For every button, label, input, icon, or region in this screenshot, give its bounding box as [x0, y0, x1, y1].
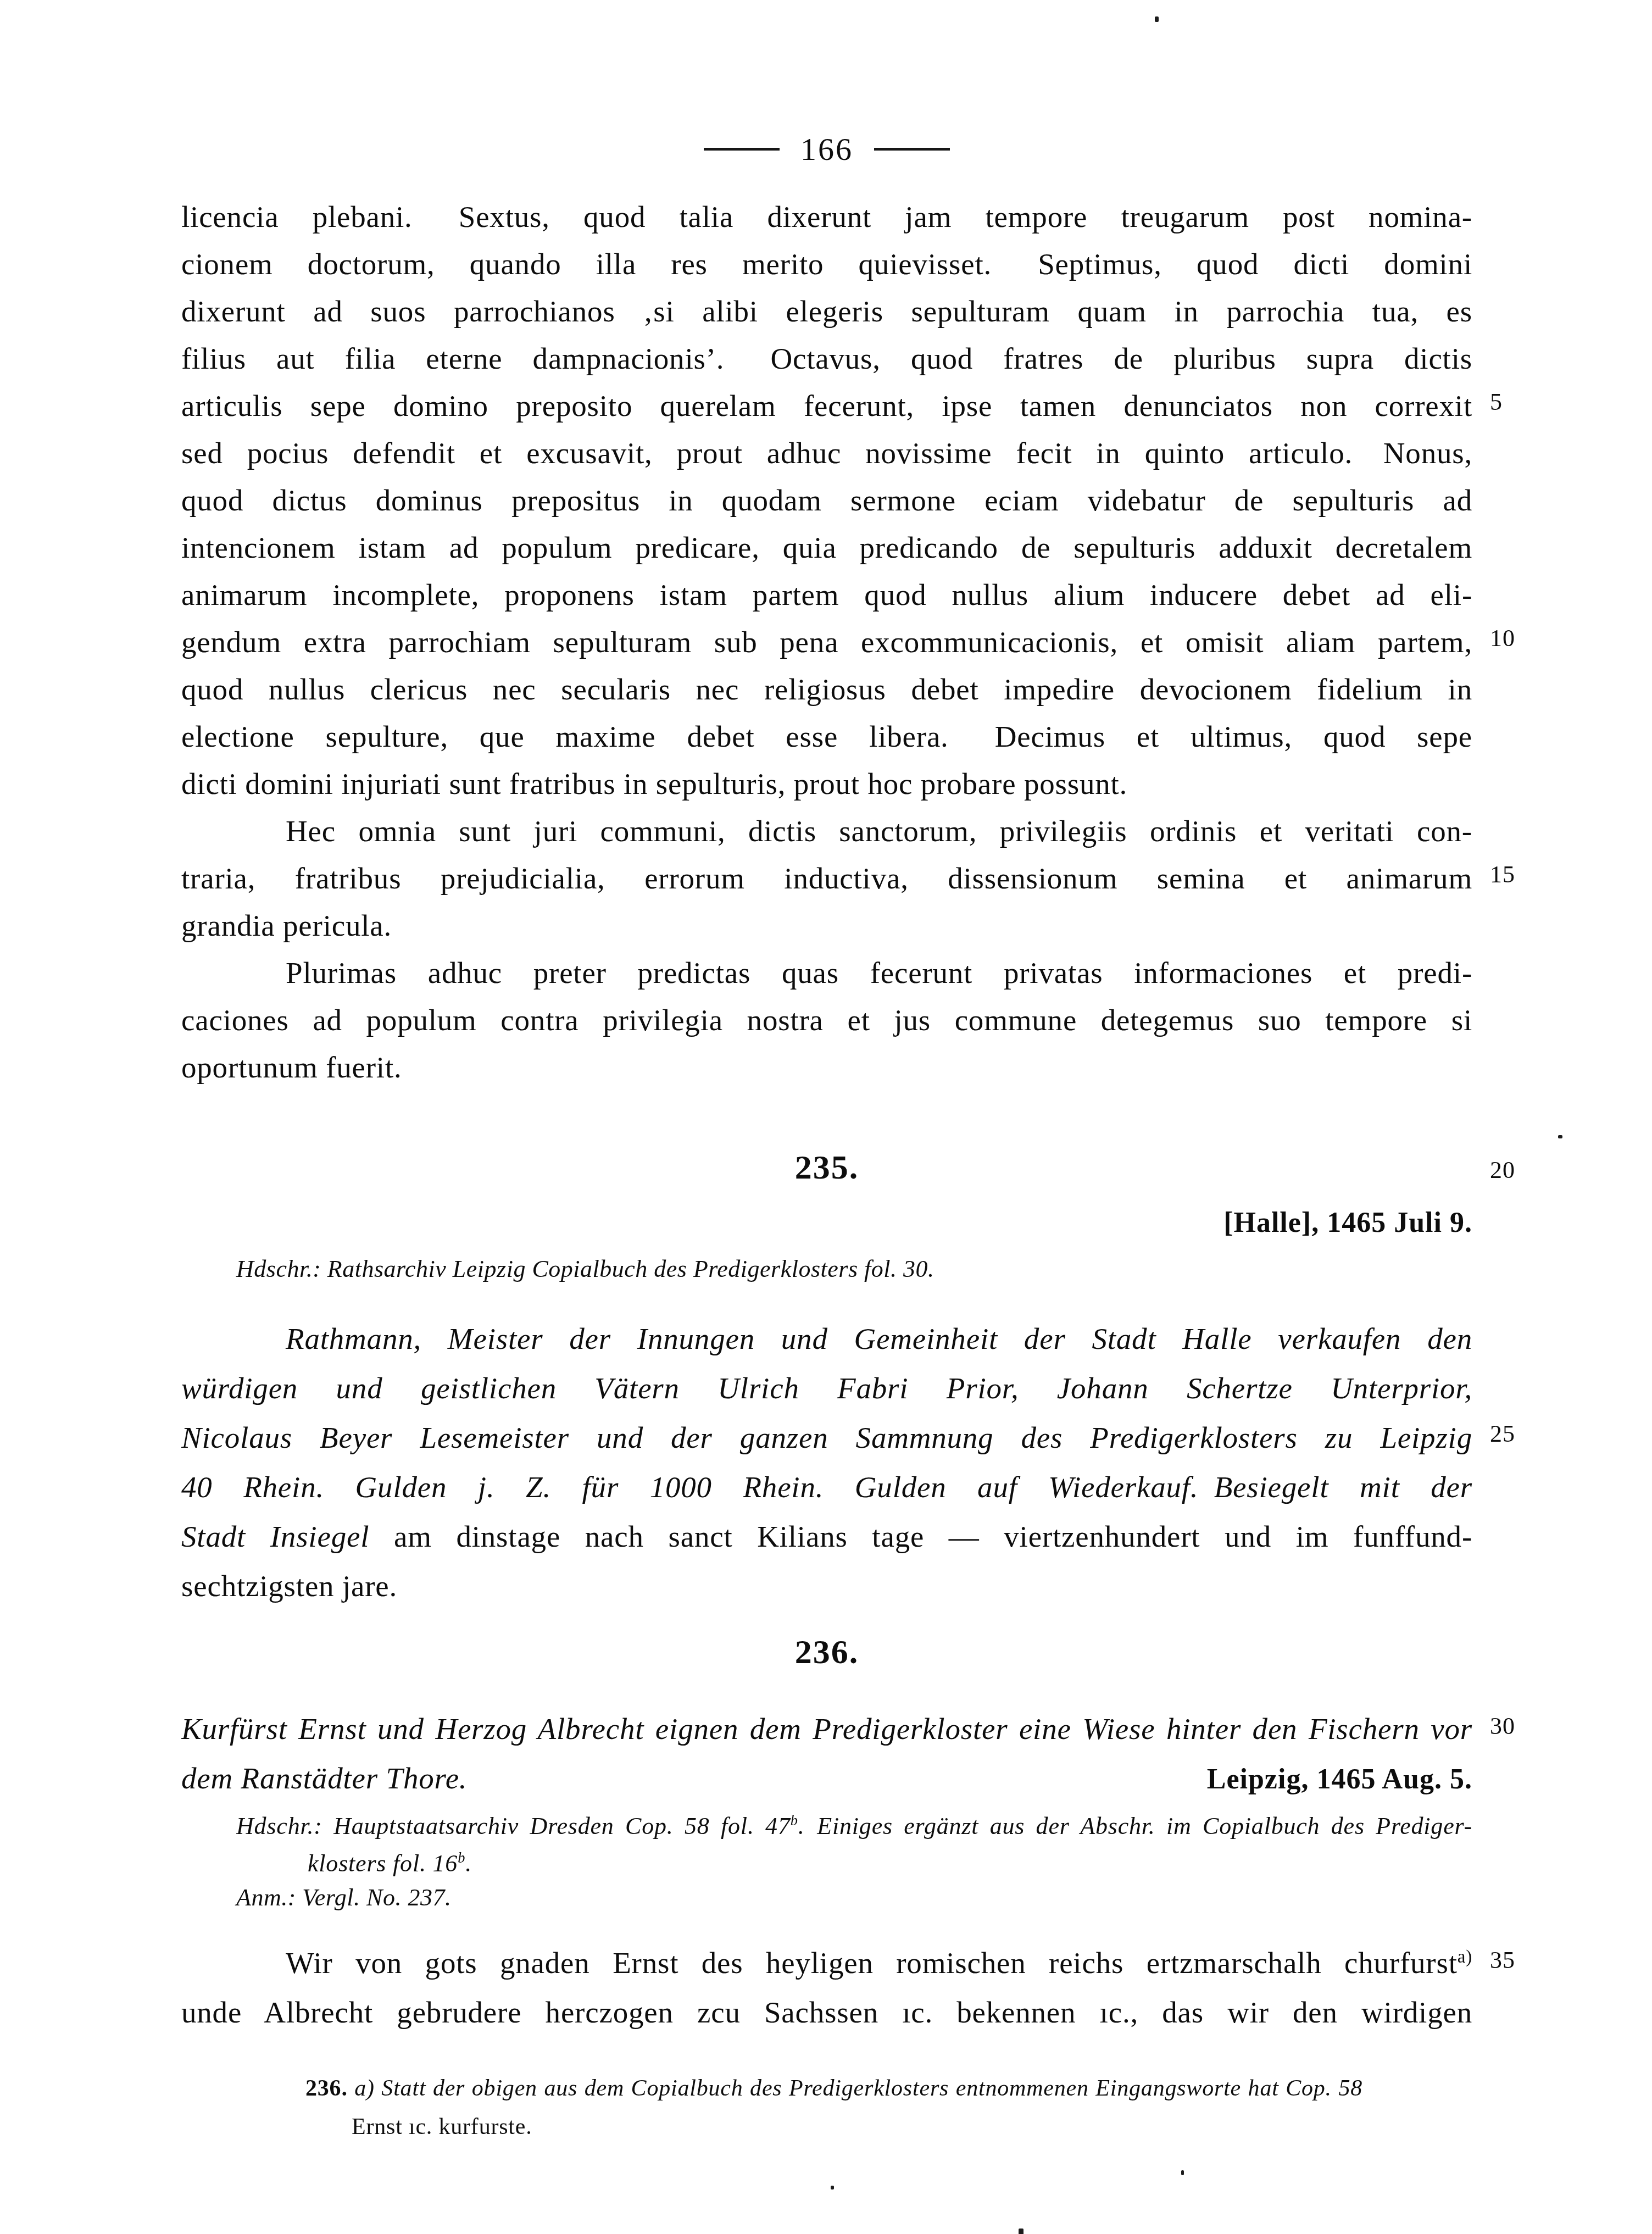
doc-236-anm: Anm.: Vergl. No. 237. — [236, 1883, 1472, 1911]
margin-line-number-20: 20 — [1490, 1156, 1539, 1184]
text-line: dicti domini injuriati sunt fratribus in… — [181, 760, 1472, 808]
page-number: 166 — [800, 131, 853, 168]
margin-line-number-5: 5 — [1490, 388, 1539, 416]
text-line: cionem doctorum, quando illa res merito … — [181, 241, 1472, 288]
text-line: Stadt Insiegel am dinstage nach sanct Ki… — [181, 1512, 1472, 1561]
text-line: animarum incomplete, proponens istam par… — [181, 571, 1472, 619]
doc-236-summary-last-row: dem Ranstädter Thore. Leipzig, 1465 Aug.… — [181, 1754, 1472, 1803]
text-line: gendum extra parrochiam sepulturam sub p… — [181, 619, 1472, 666]
text-line: dixerunt ad suos parrochianos ‚si alibi … — [181, 288, 1472, 335]
doc-235-date: [Halle], 1465 Juli 9. — [181, 1207, 1472, 1239]
text-segment: Stadt Insiegel — [181, 1520, 394, 1553]
text-segment: a) Statt der obigen aus dem Copialbuch d… — [354, 2076, 1362, 2101]
doc-236-number: 236. — [181, 1633, 1472, 1672]
text-segment: . — [465, 1850, 472, 1877]
text-line: sechtzigsten jare. — [181, 1561, 1472, 1611]
header-rule-right — [874, 148, 950, 151]
text-line: Ernst ıc. kurfurste. — [305, 2108, 1362, 2146]
text-line: caciones ad populum contra privilegia no… — [181, 997, 1472, 1044]
doc-236-summary-end: dem Ranstädter Thore. — [181, 1754, 467, 1803]
doc-236-source: Hdschr.: Hauptstaatsarchiv Dresden Cop. … — [236, 1808, 1472, 1882]
text-line: quod dictus dominus prepositus in quodam… — [181, 477, 1472, 524]
margin-line-number-15: 15 — [1490, 860, 1539, 888]
body-paragraph-2: Hec omnia sunt juri communi, dictis sanc… — [181, 808, 1472, 949]
text-line: 236. a) Statt der obigen aus dem Copialb… — [305, 2069, 1362, 2108]
text-line: unde Albrecht gebrudere herczogen zcu Sa… — [181, 1988, 1472, 2037]
margin-line-number-10: 10 — [1490, 624, 1539, 652]
text-line: intencionem istam ad populum predicare, … — [181, 524, 1472, 571]
text-line: oportunum fuerit. — [181, 1044, 1472, 1091]
text-line: Nicolaus Beyer Lesemeister und der ganze… — [181, 1413, 1472, 1463]
margin-line-number-30: 30 — [1490, 1712, 1539, 1740]
text-line: articulis sepe domino preposito querelam… — [181, 382, 1472, 430]
text-line: klosters fol. 16b. — [236, 1845, 1472, 1882]
text-segment: Ernst ıc. kurfurste. — [352, 2114, 532, 2139]
margin-line-number-25: 25 — [1490, 1420, 1539, 1448]
text-segment: b — [458, 1849, 465, 1866]
text-line: filius aut filia eterne dampnacionis’. O… — [181, 335, 1472, 382]
text-line: Hdschr.: Hauptstaatsarchiv Dresden Cop. … — [236, 1808, 1472, 1845]
scan-speck — [1155, 16, 1159, 22]
text-line: Rathmann, Meister der Innungen und Gemei… — [181, 1314, 1472, 1364]
text-segment: . Einiges ergänzt aus der Abschr. im Cop… — [798, 1813, 1472, 1840]
text-line: Plurimas adhuc preter predictas quas fec… — [181, 949, 1472, 997]
body-paragraph-3: Plurimas adhuc preter predictas quas fec… — [181, 949, 1472, 1091]
doc-236-summary: Kurfürst Ernst und Herzog Albrecht eigne… — [181, 1704, 1472, 1754]
text-segment: Hdschr.: Hauptstaatsarchiv Dresden Cop. … — [236, 1813, 791, 1840]
doc-235-number: 235. — [181, 1148, 1472, 1187]
text-line: Kurfürst Ernst und Herzog Albrecht eigne… — [181, 1704, 1472, 1754]
text-segment: 236. — [305, 2076, 354, 2101]
scan-speck — [831, 2186, 834, 2189]
text-segment: Wir von gots gnaden Ernst des heyligen r… — [286, 1946, 1458, 1980]
text-line: Hec omnia sunt juri communi, dictis sanc… — [181, 808, 1472, 855]
doc-235-summary: Rathmann, Meister der Innungen und Gemei… — [181, 1314, 1472, 1611]
scan-speck — [1019, 2229, 1024, 2234]
text-line: electione sepulture, que maxime debet es… — [181, 713, 1472, 760]
doc-236-text: Wir von gots gnaden Ernst des heyligen r… — [181, 1938, 1472, 2037]
header-rule-left — [704, 148, 780, 151]
footnote-236: 236. a) Statt der obigen aus dem Copialb… — [305, 2069, 1362, 2146]
book-page: 166 licencia plebani. Sextus, quod talia… — [0, 0, 1652, 2234]
text-line: 40 Rhein. Gulden j. Z. für 1000 Rhein. G… — [181, 1463, 1472, 1512]
text-segment: klosters fol. 16 — [308, 1850, 458, 1877]
scan-speck — [1558, 1135, 1562, 1138]
text-segment: b — [791, 1812, 798, 1829]
text-segment: am dinstage nach sanct Kilians tage — vi… — [394, 1520, 1472, 1553]
text-line: licencia plebani. Sextus, quod talia dix… — [181, 193, 1472, 241]
text-line: würdigen und geistlichen Vätern Ulrich F… — [181, 1364, 1472, 1413]
text-segment: sechtzigsten jare. — [181, 1569, 397, 1603]
text-line: sed pocius defendit et excusavit, prout … — [181, 430, 1472, 477]
doc-236-date: Leipzig, 1465 Aug. 5. — [1207, 1755, 1472, 1804]
doc-235-source: Hdschr.: Rathsarchiv Leipzig Copialbuch … — [236, 1255, 1472, 1283]
text-segment: a) — [1458, 1947, 1472, 1967]
text-line: quod nullus clericus nec secularis nec r… — [181, 666, 1472, 713]
body-paragraph-1: licencia plebani. Sextus, quod talia dix… — [181, 193, 1472, 808]
page-header: 166 — [181, 131, 1472, 168]
text-line: Wir von gots gnaden Ernst des heyligen r… — [181, 1938, 1472, 1988]
scan-speck — [1181, 2170, 1184, 2175]
text-line: grandia pericula. — [181, 902, 1472, 949]
margin-line-number-35: 35 — [1490, 1946, 1539, 1974]
text-line: traria, fratribus prejudicialia, errorum… — [181, 855, 1472, 902]
